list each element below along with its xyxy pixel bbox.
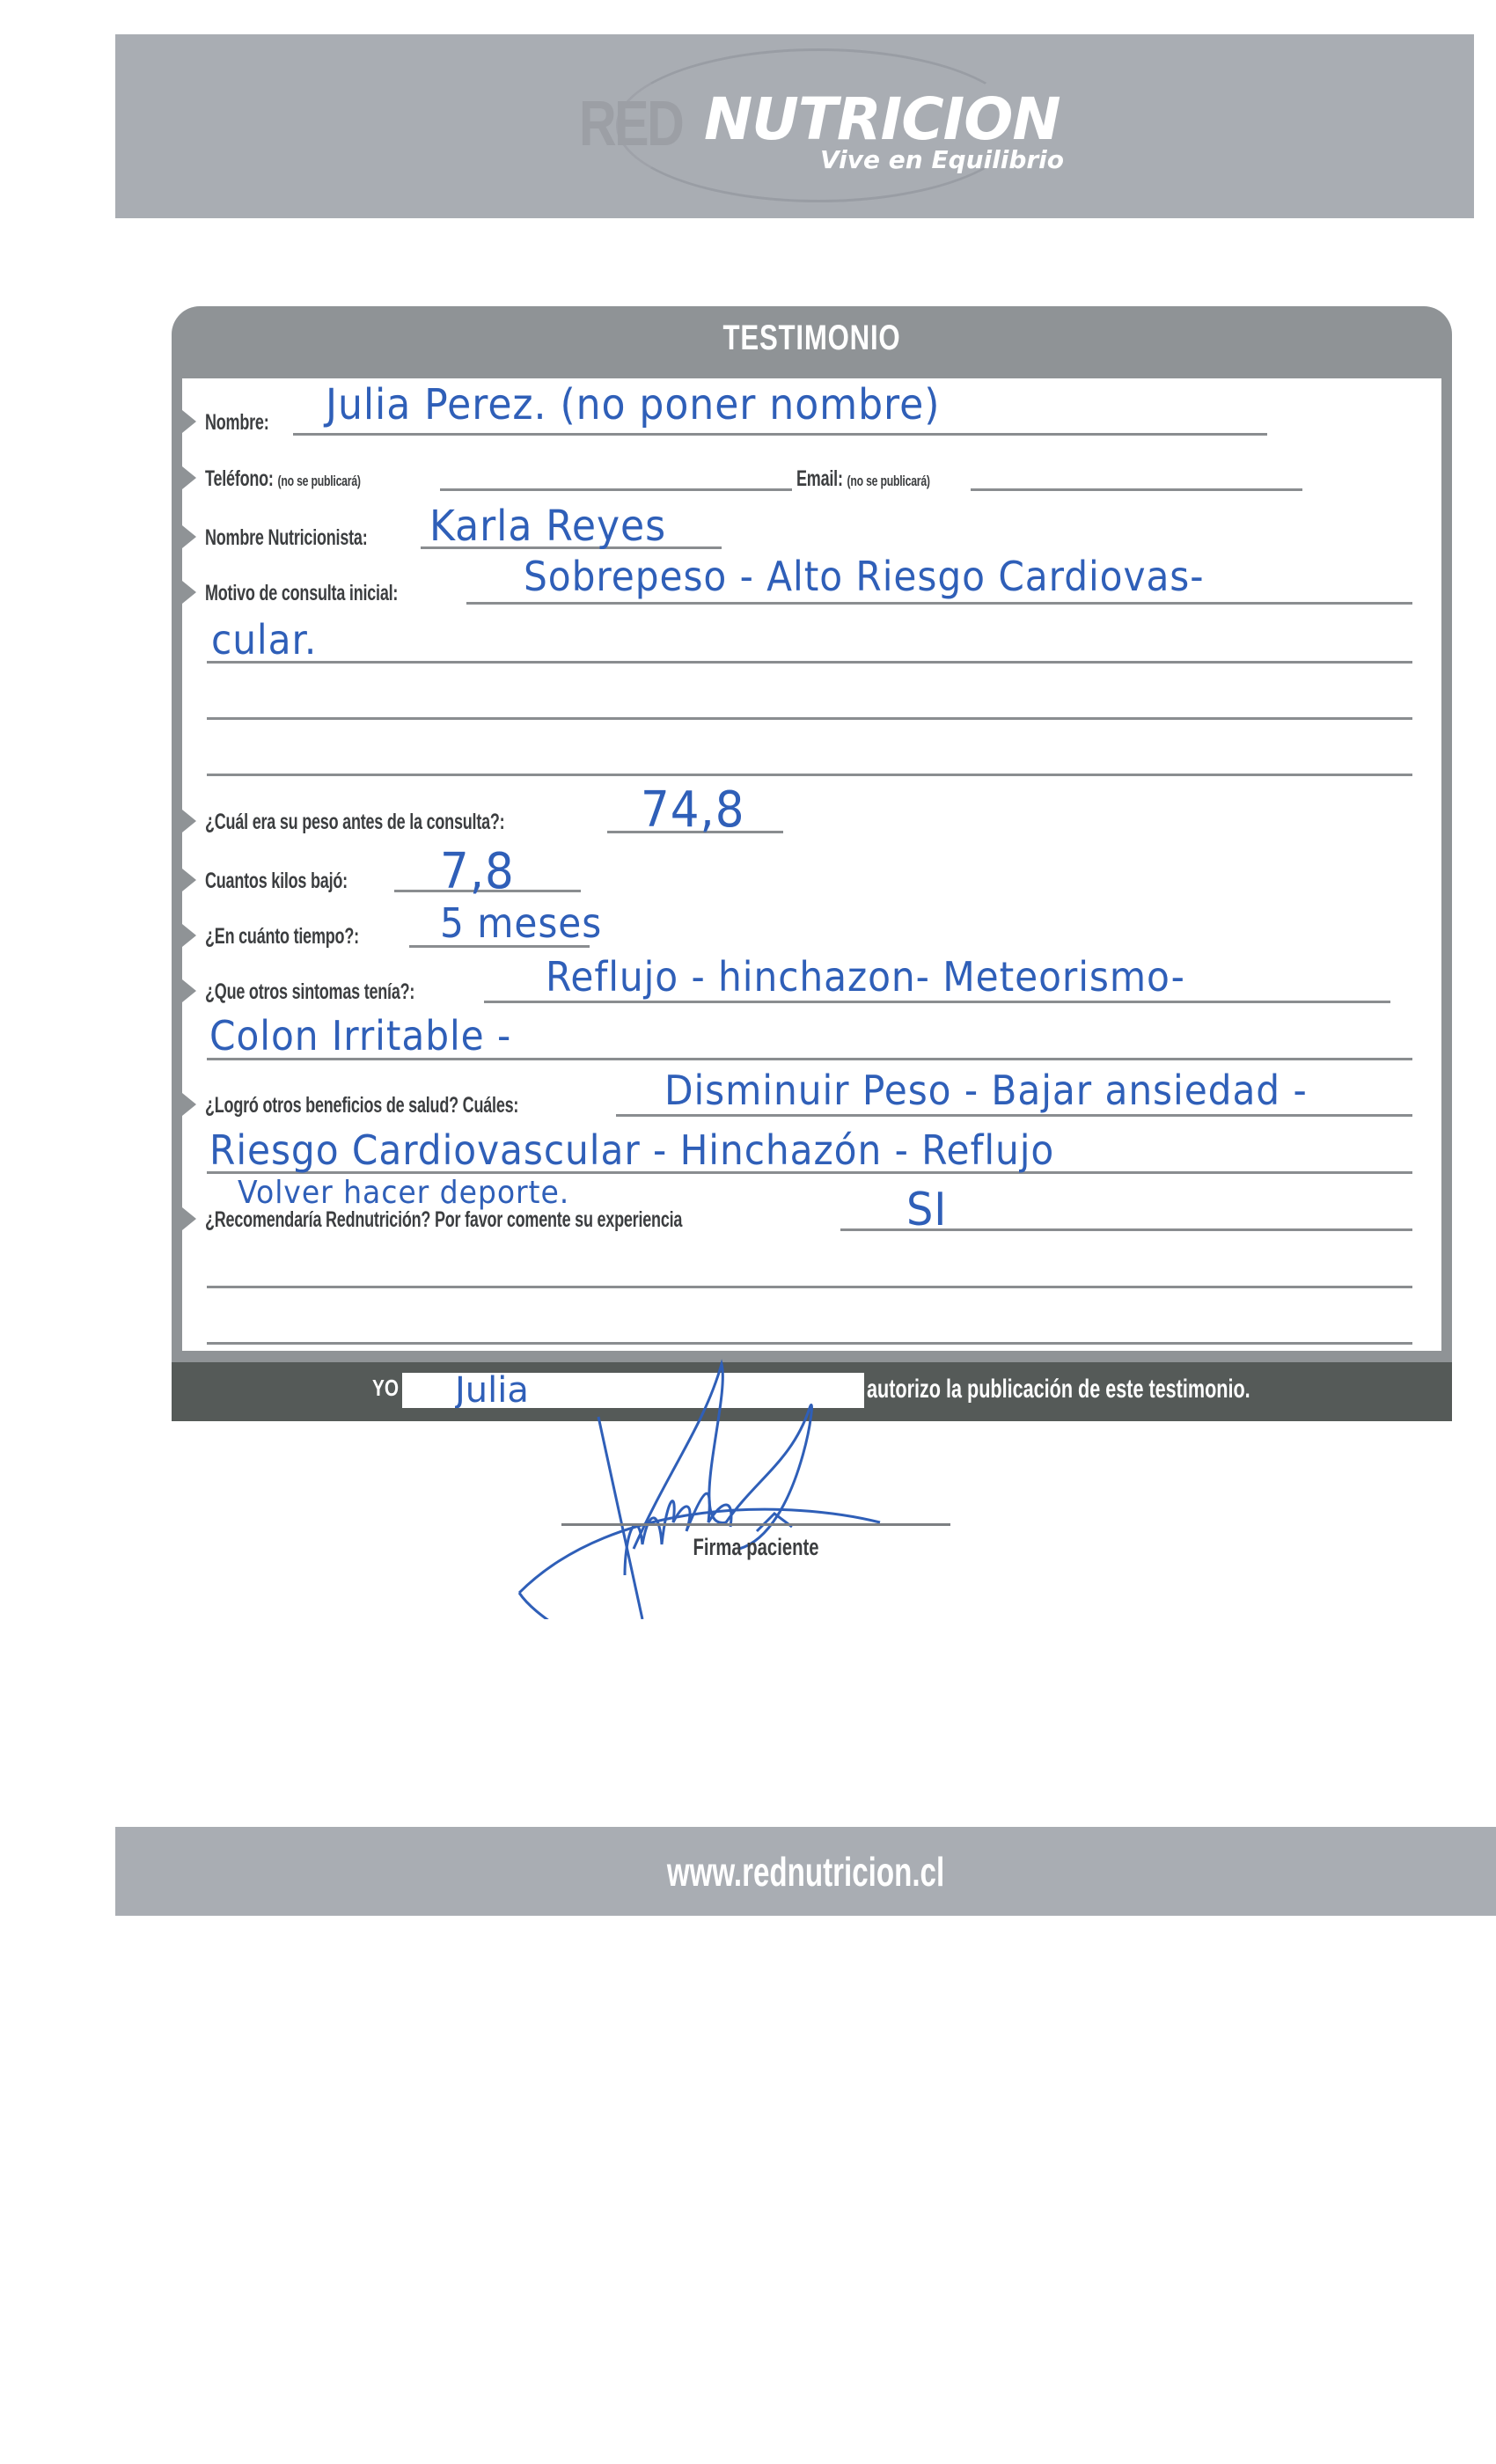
pointer-icon (182, 810, 196, 832)
beneficios-field-line (616, 1114, 1412, 1117)
recomendaria-extra-line[interactable] (207, 1286, 1412, 1288)
logo-prefix: RED (579, 88, 682, 160)
beneficios-field-line-1[interactable]: Disminuir Peso - Bajar ansiedad - (664, 1067, 1308, 1114)
yo-label: YO (372, 1375, 399, 1402)
motivo-extra-line[interactable] (207, 717, 1412, 720)
sintomas-field-line-1[interactable]: Reflujo - hinchazon- Meteorismo- (546, 953, 1185, 1001)
peso-antes-label: ¿Cuál era su peso antes de la consulta?: (205, 810, 504, 835)
email-field[interactable] (971, 488, 1302, 491)
pointer-icon (182, 466, 196, 489)
sintomas-field-line (484, 1001, 1390, 1003)
recomendaria-field[interactable]: SI (906, 1184, 947, 1236)
recomendaria-extra-line[interactable] (207, 1342, 1412, 1345)
website-link[interactable]: www.rednutricion.cl (309, 1848, 1303, 1896)
motivo-label: Motivo de consulta inicial: (205, 581, 398, 606)
email-label: Email: (no se publicará) (796, 466, 930, 492)
logo-main: NUTRICION (704, 85, 1060, 153)
beneficios-field-line-2[interactable]: Riesgo Cardiovascular - Hinchazón - Refl… (209, 1126, 1054, 1174)
pointer-icon (182, 581, 196, 604)
kilos-bajo-label: Cuantos kilos bajó: (205, 869, 348, 894)
recomendaria-label: ¿Recomendaría Rednutrición? Por favor co… (205, 1207, 682, 1233)
motivo-field-line (466, 602, 1412, 605)
beneficios-label: ¿Logró otros beneficios de salud? Cuáles… (205, 1093, 518, 1118)
beneficios-field-line-3[interactable]: Volver hacer deporte. (238, 1175, 569, 1211)
form-title: TESTIMONIO (312, 319, 1311, 358)
sintomas-label: ¿Que otros sintomas tenía?: (205, 979, 414, 1005)
tiempo-field[interactable]: 5 meses (440, 899, 602, 947)
nombre-field-line (293, 433, 1267, 436)
pointer-icon (182, 410, 196, 433)
signature-label: Firma paciente (610, 1534, 902, 1561)
email-note: (no se publicará) (847, 473, 930, 489)
pointer-icon (182, 1093, 196, 1116)
motivo-extra-line (207, 661, 1412, 664)
telefono-label-text: Teléfono: (205, 466, 274, 491)
pointer-icon (182, 869, 196, 891)
pointer-icon (182, 924, 196, 947)
peso-antes-field[interactable]: 74,8 (641, 781, 744, 839)
signature-line[interactable] (561, 1523, 950, 1526)
logo-tagline: Vive en Equilibrio (820, 145, 1064, 174)
pointer-icon (182, 979, 196, 1002)
patient-signature-icon (493, 1355, 1038, 1619)
nutricionista-field[interactable]: Karla Reyes (429, 502, 666, 551)
telefono-label: Teléfono: (no se publicará) (205, 466, 361, 492)
nombre-label: Nombre: (205, 410, 268, 436)
motivo-extra-line[interactable] (207, 774, 1412, 776)
motivo-field-line-2[interactable]: cular. (211, 616, 317, 664)
pointer-icon (182, 525, 196, 548)
tiempo-label: ¿En cuánto tiempo?: (205, 924, 359, 950)
pointer-icon (182, 1207, 196, 1230)
email-label-text: Email: (796, 466, 843, 491)
kilos-bajo-field[interactable]: 7,8 (440, 843, 515, 900)
nombre-field[interactable]: Julia Perez. (no poner nombre) (326, 380, 940, 429)
nutricionista-label: Nombre Nutricionista: (205, 525, 367, 551)
telefono-field[interactable] (440, 488, 792, 491)
sintomas-field-line-2[interactable]: Colon Irritable - (209, 1012, 511, 1060)
telefono-note: (no se publicará) (278, 473, 361, 489)
motivo-field-line-1[interactable]: Sobrepeso - Alto Riesgo Cardiovas- (524, 553, 1204, 600)
